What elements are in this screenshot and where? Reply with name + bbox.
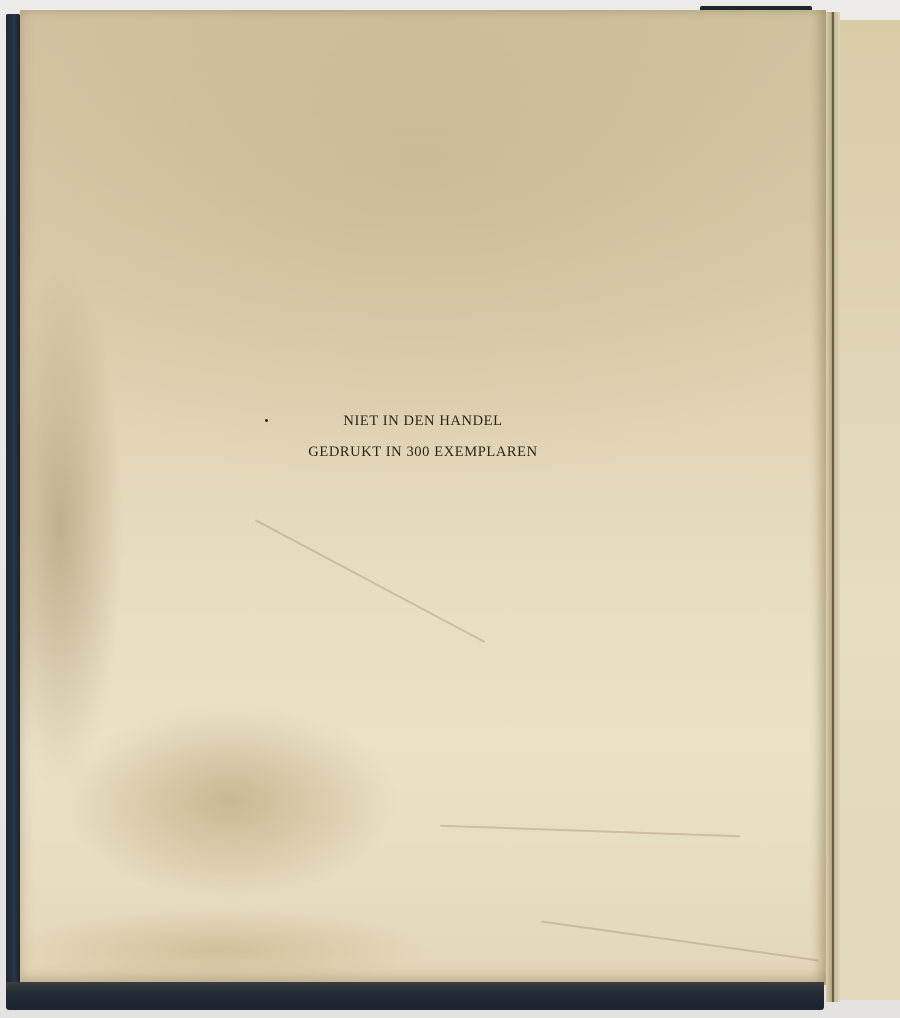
colophon-line-not-for-sale: NIET IN DEN HANDEL [20,413,826,430]
page-crease [440,825,740,837]
right-page-edge [840,20,900,1000]
colophon-line-print-run: GEDRUKT IN 300 EXEMPLAREN [20,444,826,461]
page-crease [255,519,486,643]
book-cover-bottom-edge [6,982,824,1010]
page-crease [541,921,819,962]
book-page [20,10,826,985]
book-cover-left-edge [6,14,20,1004]
book-gutter [826,12,840,1002]
